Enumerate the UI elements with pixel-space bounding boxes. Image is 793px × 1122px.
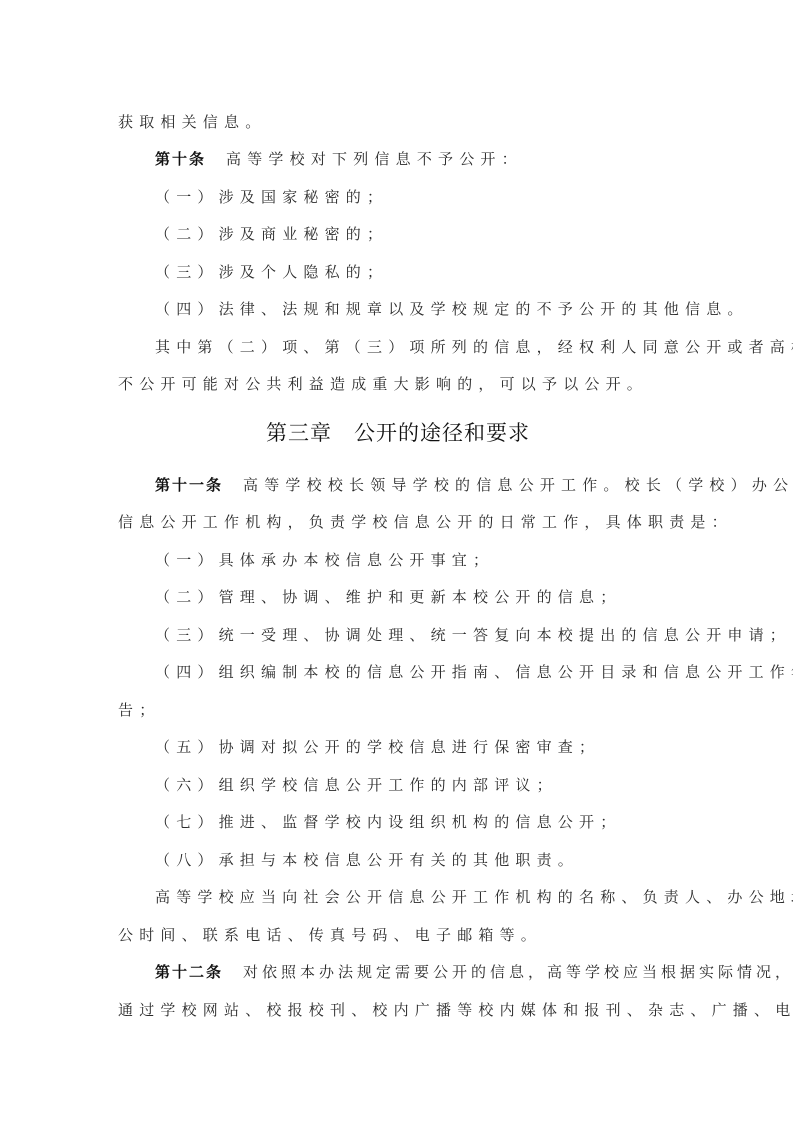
article-11-item-7: （七）推进、监督学校内设组织机构的信息公开； [155,810,621,834]
article-10-item-3: （三）涉及个人隐私的； [155,260,388,284]
article-12-text-2: 通过学校网站、校报校刊、校内广播等校内媒体和报刊、杂志、广播、电视等校 [118,998,793,1022]
article-11-item-5: （五）协调对拟公开的学校信息进行保密审查； [155,735,600,759]
chapter-title: 公开的途径和要求 [354,421,530,445]
article-11-item-2: （二）管理、协调、维护和更新本校公开的信息； [155,585,621,609]
article-11-item-8: （八）承担与本校信息公开有关的其他职责。 [155,848,579,872]
article-11-item-6: （六）组织学校信息公开工作的内部评议； [155,773,558,797]
paragraph-continuation: 获取相关信息。 [118,110,266,134]
article-12-label: 第十二条 [155,963,223,981]
article-10-heading: 第十条高等学校对下列信息不予公开： [155,147,523,171]
article-11-text-2: 信息公开工作机构，负责学校信息公开的日常工作，具体职责是： [118,510,733,534]
article-11-item-3: （三）统一受理、协调处理、统一答复向本校提出的信息公开申请； [155,623,791,647]
article-11-label: 第十一条 [155,476,223,494]
article-12-heading: 第十二条对依照本办法规定需要公开的信息，高等学校应当根据实际情况， [155,960,793,984]
article-11-heading: 第十一条高等学校校长领导学校的信息公开工作。校长（学校）办公室为 [155,473,793,497]
article-10-note-line-2: 不公开可能对公共利益造成重大影响的，可以予以公开。 [118,372,648,396]
article-10-label: 第十条 [155,150,206,168]
article-11-item-1: （一）具体承办本校信息公开事宜； [155,548,494,572]
article-11-item-4-cont: 告； [118,698,160,722]
chapter-3-title: 第三章公开的途径和要求 [118,418,678,448]
article-10-item-1: （一）涉及国家秘密的； [155,185,388,209]
article-10-item-2: （二）涉及商业秘密的； [155,222,388,246]
chapter-number: 第三章 [266,421,332,445]
article-11-item-4: （四）组织编制本校的信息公开指南、信息公开目录和信息公开工作年度报 [155,660,793,684]
article-10-item-4: （四）法律、法规和规章以及学校规定的不予公开的其他信息。 [155,297,749,321]
article-11-closing-1: 高等学校应当向社会公开信息公开工作机构的名称、负责人、办公地址、办 [155,885,793,909]
article-12-text-1: 对依照本办法规定需要公开的信息，高等学校应当根据实际情况， [243,963,793,981]
article-10-text: 高等学校对下列信息不予公开： [226,150,523,168]
article-11-closing-2: 公时间、联系电话、传真号码、电子邮箱等。 [118,923,542,947]
article-11-text-1: 高等学校校长领导学校的信息公开工作。校长（学校）办公室为 [243,476,793,494]
article-10-note-line-1: 其中第（二）项、第（三）项所列的信息，经权利人同意公开或者高校认为 [155,335,793,359]
